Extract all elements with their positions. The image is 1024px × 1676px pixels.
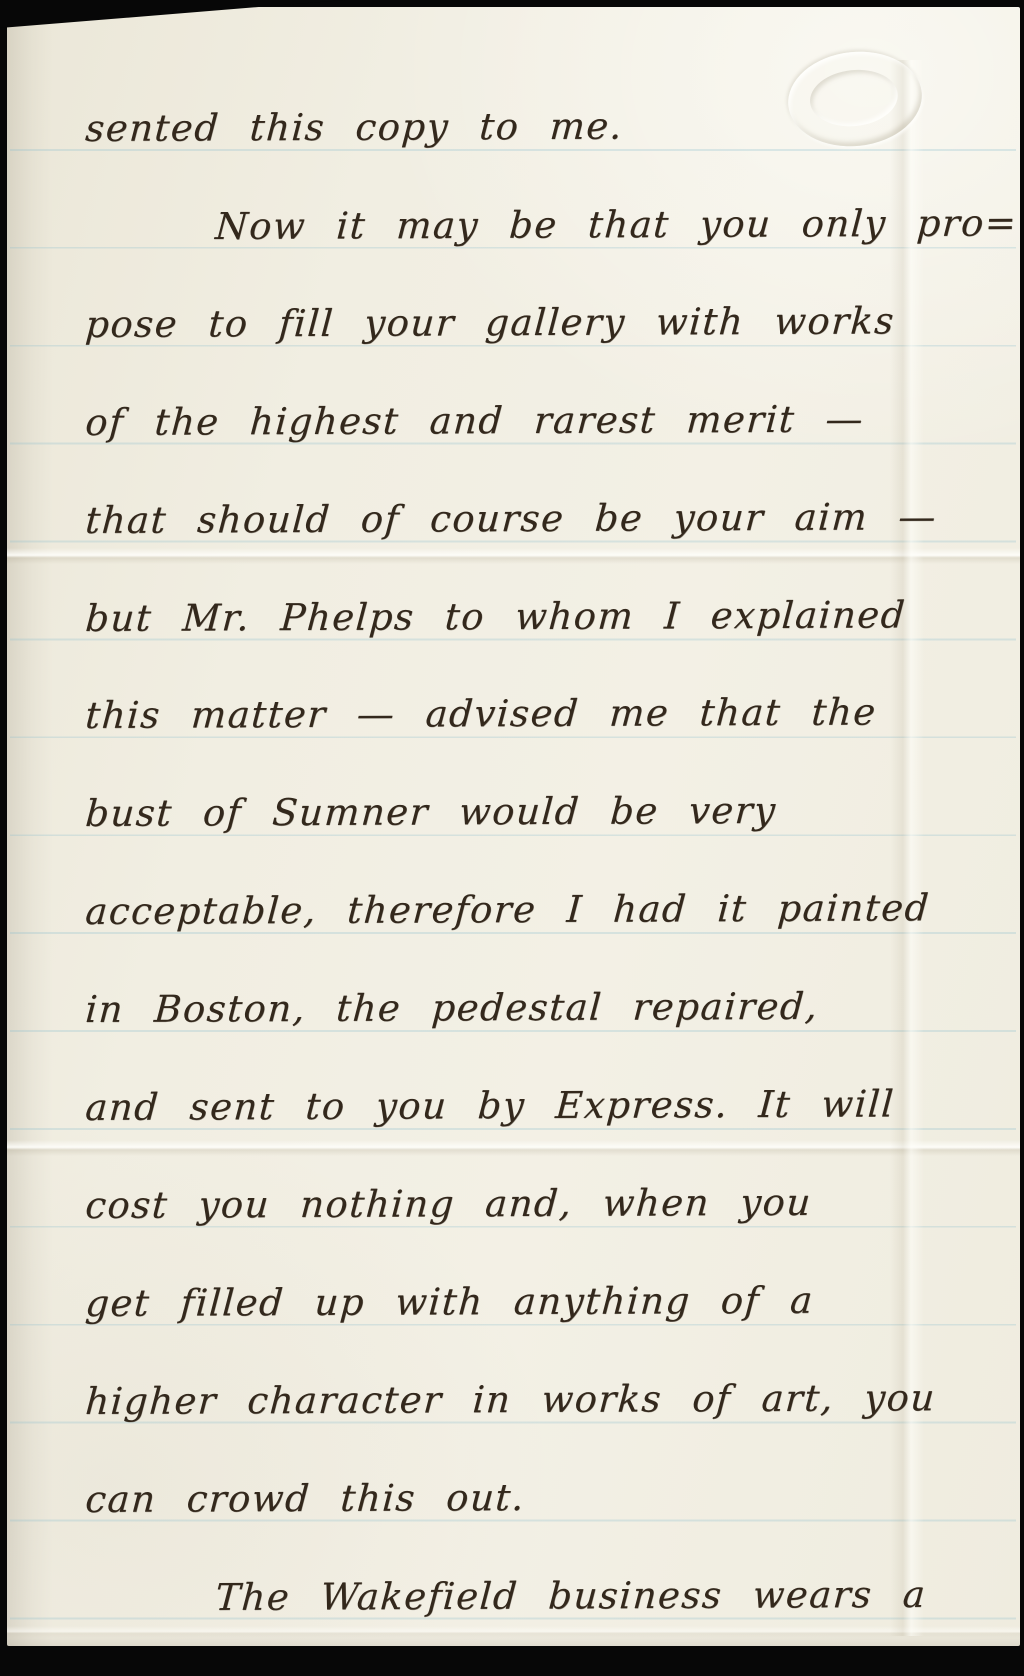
handwriting-line: Now it may be that you only pro= — [214, 186, 1020, 248]
handwriting-line: bust of Sumner would be very — [84, 774, 779, 835]
handwriting-line: sented this copy to me. — [84, 90, 626, 150]
handwriting-line: acceptable, therefore I had it painted — [84, 871, 932, 933]
handwriting-line: The Wakefield business wears a — [214, 1557, 929, 1618]
handwriting-line: get filled up with anything of a — [84, 1264, 816, 1325]
handwriting-line: can crowd this out. — [84, 1461, 528, 1521]
handwriting-line: this matter — advised me that the — [84, 676, 879, 737]
handwriting-line: that should of course be your aim — — [84, 480, 939, 542]
handwriting-line: of the highest and rarest merit — — [84, 382, 866, 443]
handwriting-text: sented this copy to me.Now it may be tha… — [0, 0, 1024, 1676]
letter-page: sented this copy to me.Now it may be tha… — [0, 0, 1024, 1676]
handwriting-line: higher character in works of art, you — [84, 1361, 938, 1423]
handwriting-line: but Mr. Phelps to whom I explained — [84, 578, 908, 640]
handwriting-line: cost you nothing and, when you — [84, 1166, 814, 1227]
handwriting-line: pose to fill your gallery with works — [84, 284, 897, 346]
handwriting-line: and sent to you by Express. It will — [84, 1067, 897, 1129]
handwriting-line: in Boston, the pedestal repaired, — [84, 970, 821, 1031]
